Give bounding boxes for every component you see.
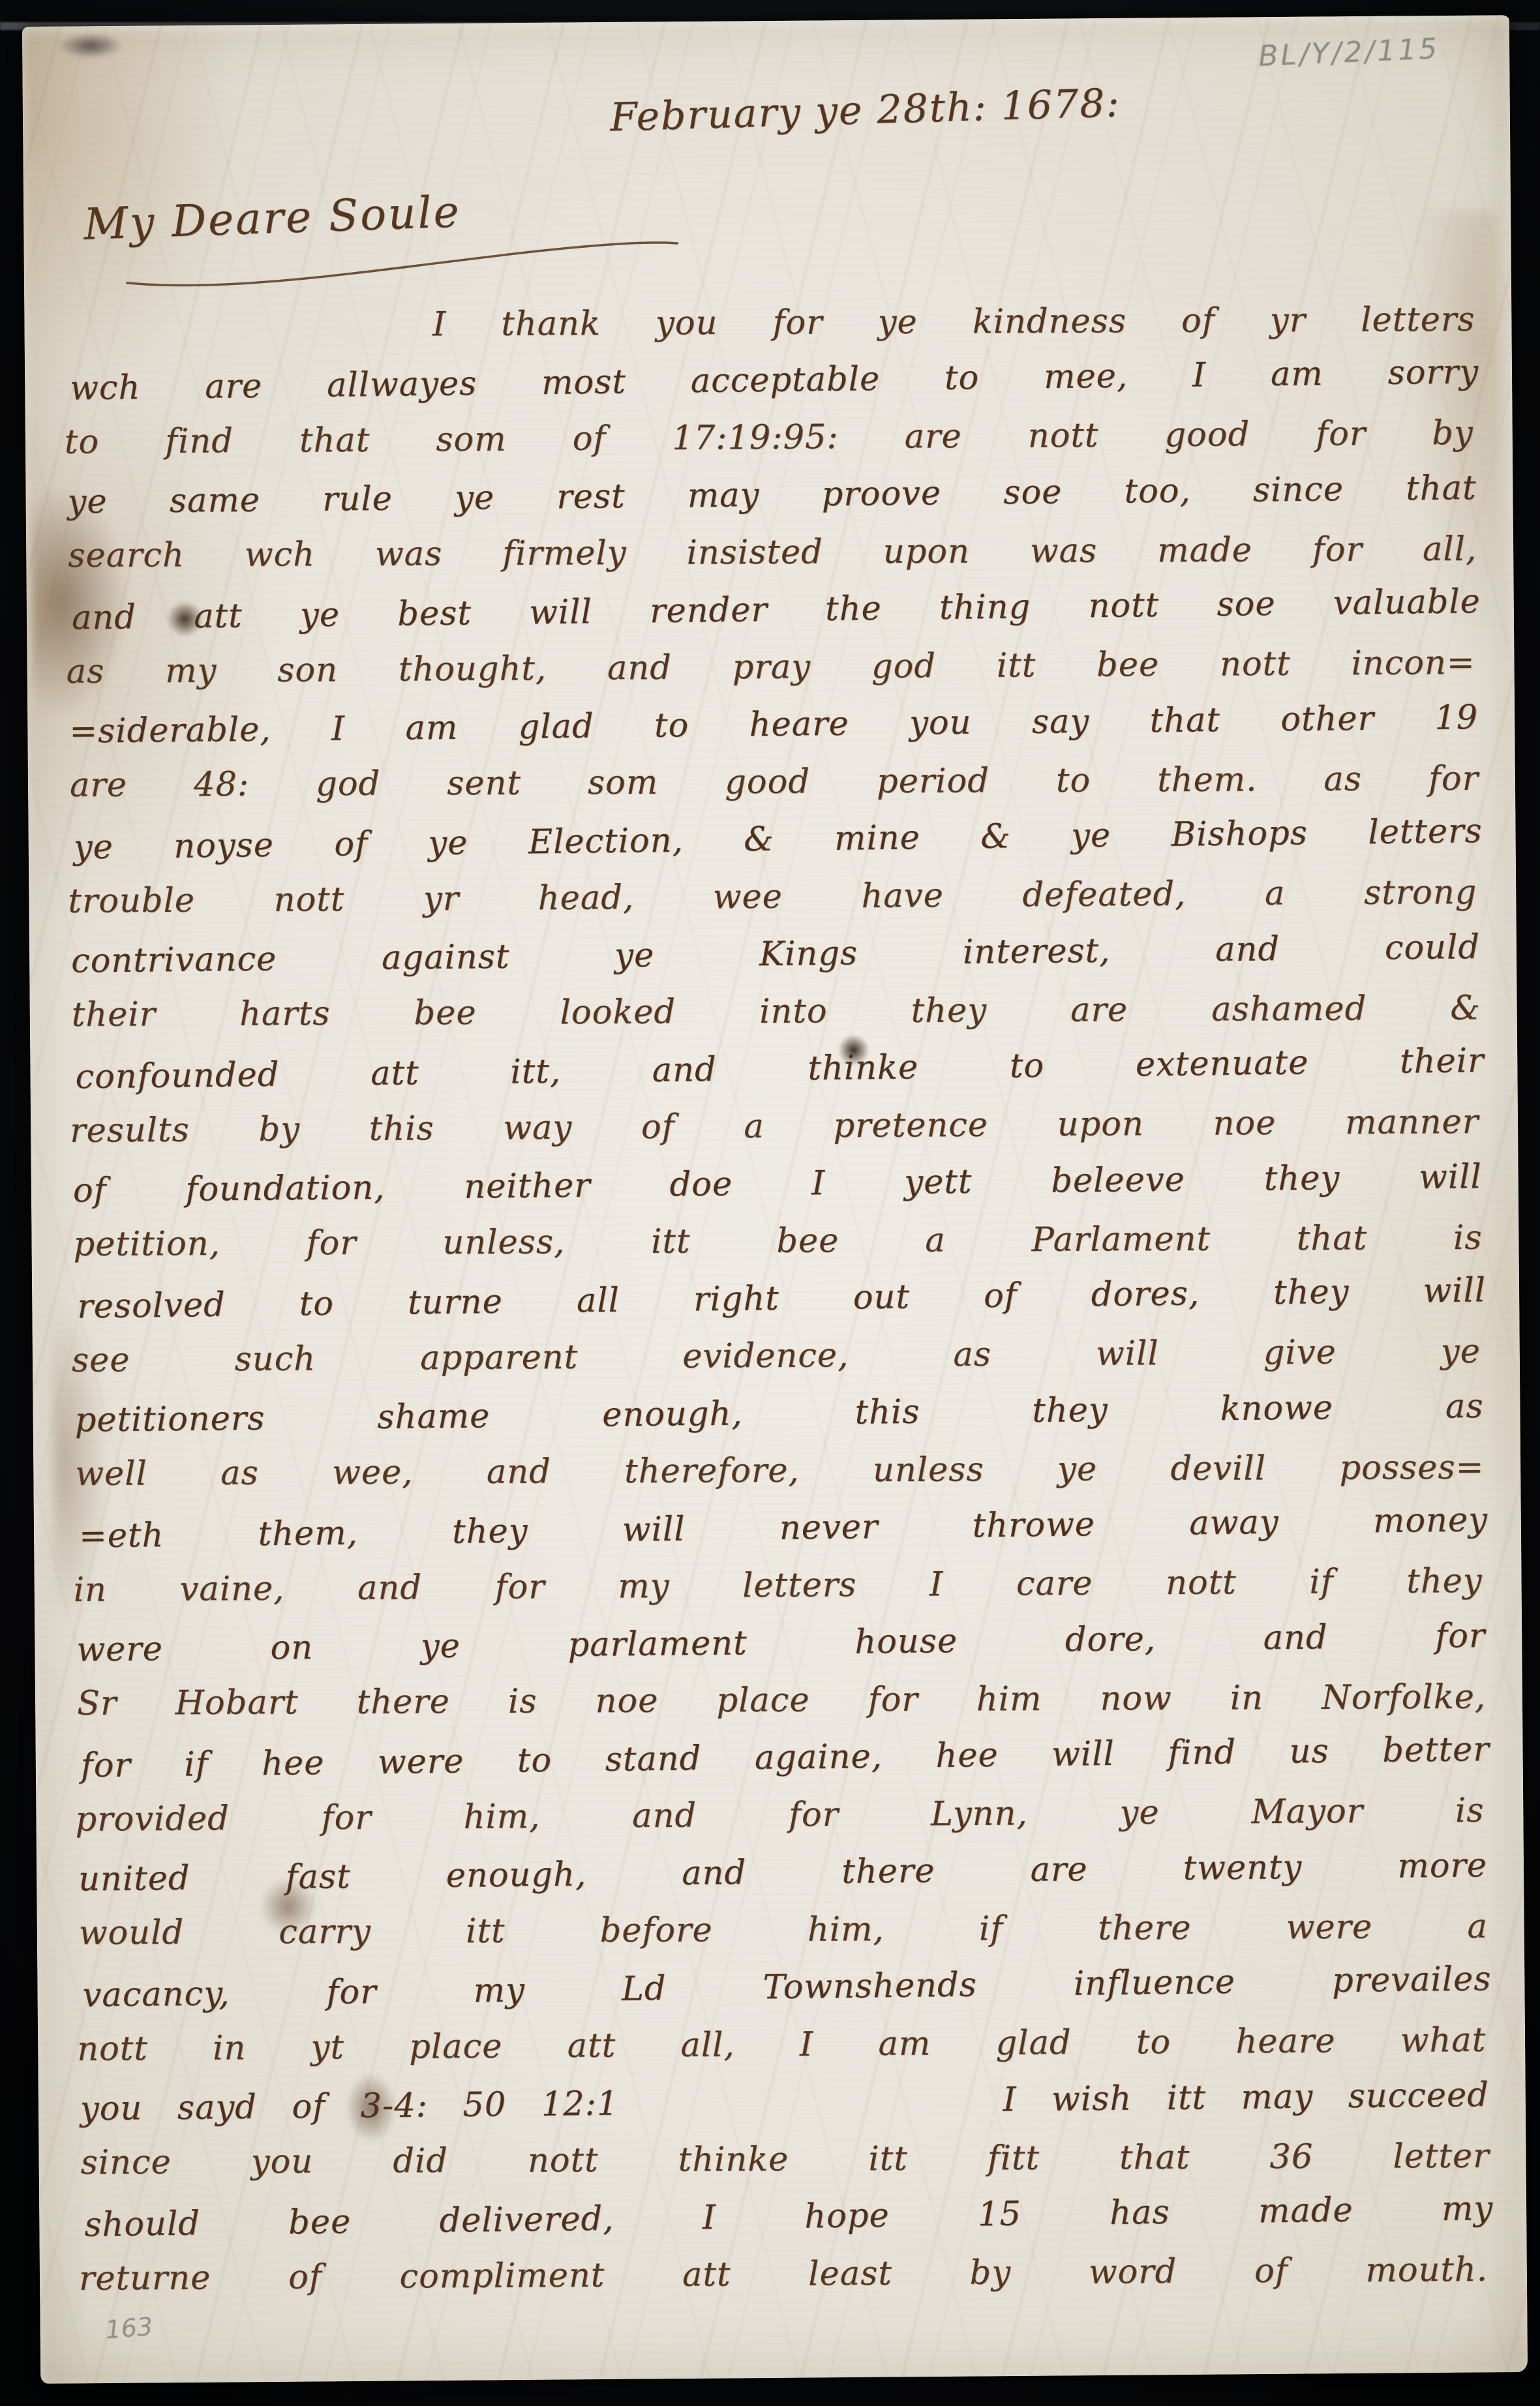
folio-number: 163 (104, 2312, 154, 2344)
letter-line: petitioners shame enough, this they know… (74, 1378, 1484, 1449)
ink-stain (58, 33, 123, 59)
archival-reference: BL/Y/2/115 (1258, 29, 1520, 73)
salutation-flourish (121, 238, 683, 295)
letter-body: I thank you for ye kindness of yr letter… (66, 290, 1490, 2309)
letter-line: were on ye parlament house dore, and for (76, 1608, 1486, 1679)
letter-line: of foundation, neither doe I yett beleev… (72, 1149, 1482, 1220)
letter-sheet: BL/Y/2/115 February ye 28th: 1678: My De… (22, 15, 1528, 2384)
letter-line: returne of compliment att least by word … (79, 2242, 1488, 2308)
letter-line: contrivance against ye Kings interest, a… (71, 919, 1481, 990)
date-line: February ye 28th: 1678: (609, 74, 1328, 141)
letter-line: you sayd of 3-4: 50 12:1 I wish itt may … (80, 2067, 1489, 2138)
letter-line: united fast enough, and there are twenty… (78, 1837, 1488, 1908)
letter-line: ye same rule ye rest may proove soe too,… (67, 460, 1477, 531)
letter-line: =siderable, I am glad to heare you say t… (69, 689, 1479, 760)
photograph-backdrop: BL/Y/2/115 February ye 28th: 1678: My De… (0, 0, 1540, 2406)
